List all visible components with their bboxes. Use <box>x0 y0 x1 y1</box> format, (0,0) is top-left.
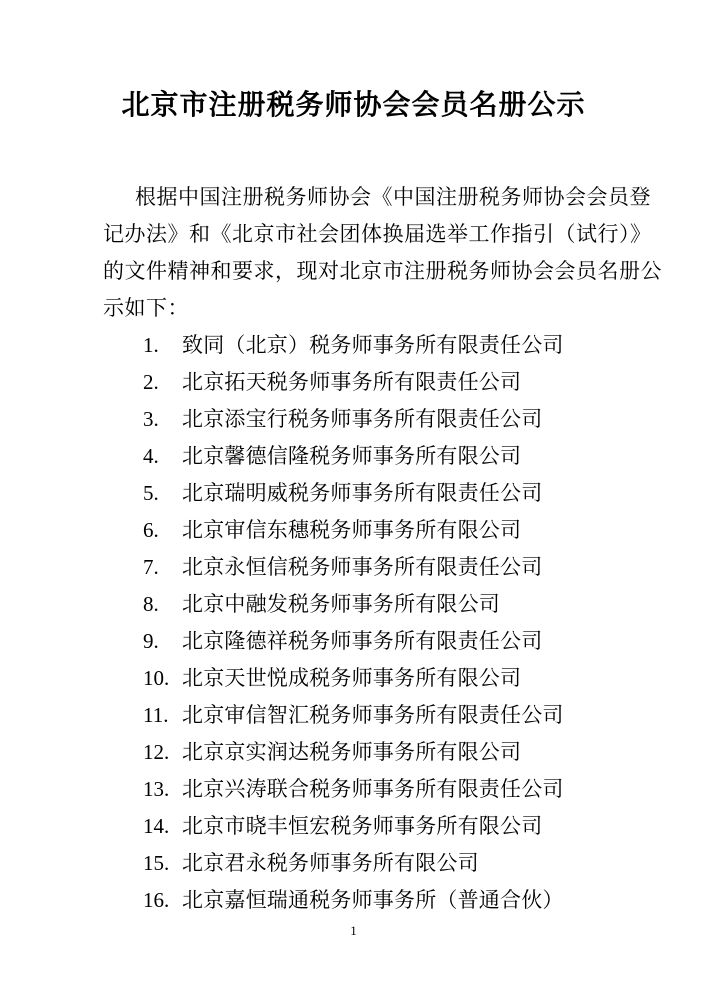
member-name: 北京添宝行税务师事务所有限责任公司 <box>182 407 542 431</box>
list-item: 7.北京永恒信税务师事务所有限责任公司 <box>103 549 647 586</box>
list-item-number: 12. <box>143 734 182 771</box>
list-item: 4.北京馨德信隆税务师事务所有限公司 <box>103 438 647 475</box>
list-item-number: 10. <box>143 660 182 697</box>
list-item: 16.北京嘉恒瑞通税务师事务所（普通合伙） <box>103 882 647 919</box>
list-item: 9.北京隆德祥税务师事务所有限责任公司 <box>103 623 647 660</box>
list-item-number: 9. <box>143 623 182 660</box>
member-name: 北京瑞明威税务师事务所有限责任公司 <box>182 481 542 505</box>
intro-line: 的文件精神和要求，现对北京市注册税务师协会会员名册公 <box>103 253 620 290</box>
document-page: 北京市注册税务师协会会员名册公示 根据中国注册税务师协会《中国注册税务师协会会员… <box>0 0 707 999</box>
intro-paragraph: 根据中国注册税务师协会《中国注册税务师协会会员登 记办法》和《北京市社会团体换届… <box>103 179 620 327</box>
list-item: 1.致同（北京）税务师事务所有限责任公司 <box>103 327 647 364</box>
member-name: 北京君永税务师事务所有限公司 <box>182 851 479 875</box>
member-name: 北京馨德信隆税务师事务所有限公司 <box>182 444 521 468</box>
list-item: 5.北京瑞明威税务师事务所有限责任公司 <box>103 475 647 512</box>
list-item: 14.北京市晓丰恒宏税务师事务所有限公司 <box>103 808 647 845</box>
member-name: 北京拓天税务师事务所有限责任公司 <box>182 370 521 394</box>
list-item: 10.北京天世悦成税务师事务所有限公司 <box>103 660 647 697</box>
member-name: 北京中融发税务师事务所有限公司 <box>182 592 500 616</box>
list-item: 11.北京审信智汇税务师事务所有限责任公司 <box>103 697 647 734</box>
page-number: 1 <box>0 922 707 940</box>
list-item-number: 11. <box>143 697 182 734</box>
member-name: 北京隆德祥税务师事务所有限责任公司 <box>182 629 542 653</box>
list-item-number: 13. <box>143 771 182 808</box>
list-item: 3.北京添宝行税务师事务所有限责任公司 <box>103 401 647 438</box>
list-item-number: 14. <box>143 808 182 845</box>
list-item: 6.北京审信东穗税务师事务所有限公司 <box>103 512 647 549</box>
member-name: 北京市晓丰恒宏税务师事务所有限公司 <box>182 814 542 838</box>
member-name: 致同（北京）税务师事务所有限责任公司 <box>182 333 564 357</box>
member-name: 北京嘉恒瑞通税务师事务所（普通合伙） <box>182 888 564 912</box>
list-item-number: 16. <box>143 882 182 919</box>
list-item: 8.北京中融发税务师事务所有限公司 <box>103 586 647 623</box>
list-item-number: 8. <box>143 586 182 623</box>
member-name: 北京京实润达税务师事务所有限公司 <box>182 740 521 764</box>
list-item: 15.北京君永税务师事务所有限公司 <box>103 845 647 882</box>
intro-line: 示如下： <box>103 290 620 327</box>
member-list: 1.致同（北京）税务师事务所有限责任公司 2.北京拓天税务师事务所有限责任公司 … <box>103 327 647 919</box>
list-item-number: 6. <box>143 512 182 549</box>
member-name: 北京兴涛联合税务师事务所有限责任公司 <box>182 777 564 801</box>
list-item-number: 15. <box>143 845 182 882</box>
member-name: 北京审信智汇税务师事务所有限责任公司 <box>182 703 564 727</box>
list-item: 12.北京京实润达税务师事务所有限公司 <box>103 734 647 771</box>
intro-line: 根据中国注册税务师协会《中国注册税务师协会会员登 <box>103 179 620 216</box>
list-item-number: 5. <box>143 475 182 512</box>
list-item: 2.北京拓天税务师事务所有限责任公司 <box>103 364 647 401</box>
intro-line: 记办法》和《北京市社会团体换届选举工作指引（试行）》 <box>103 216 620 253</box>
member-name: 北京永恒信税务师事务所有限责任公司 <box>182 555 542 579</box>
member-name: 北京天世悦成税务师事务所有限公司 <box>182 666 521 690</box>
list-item-number: 4. <box>143 438 182 475</box>
list-item-number: 1. <box>143 327 182 364</box>
member-name: 北京审信东穗税务师事务所有限公司 <box>182 518 521 542</box>
list-item-number: 3. <box>143 401 182 438</box>
list-item-number: 7. <box>143 549 182 586</box>
list-item-number: 2. <box>143 364 182 401</box>
list-item: 13.北京兴涛联合税务师事务所有限责任公司 <box>103 771 647 808</box>
document-title: 北京市注册税务师协会会员名册公示 <box>0 88 707 124</box>
